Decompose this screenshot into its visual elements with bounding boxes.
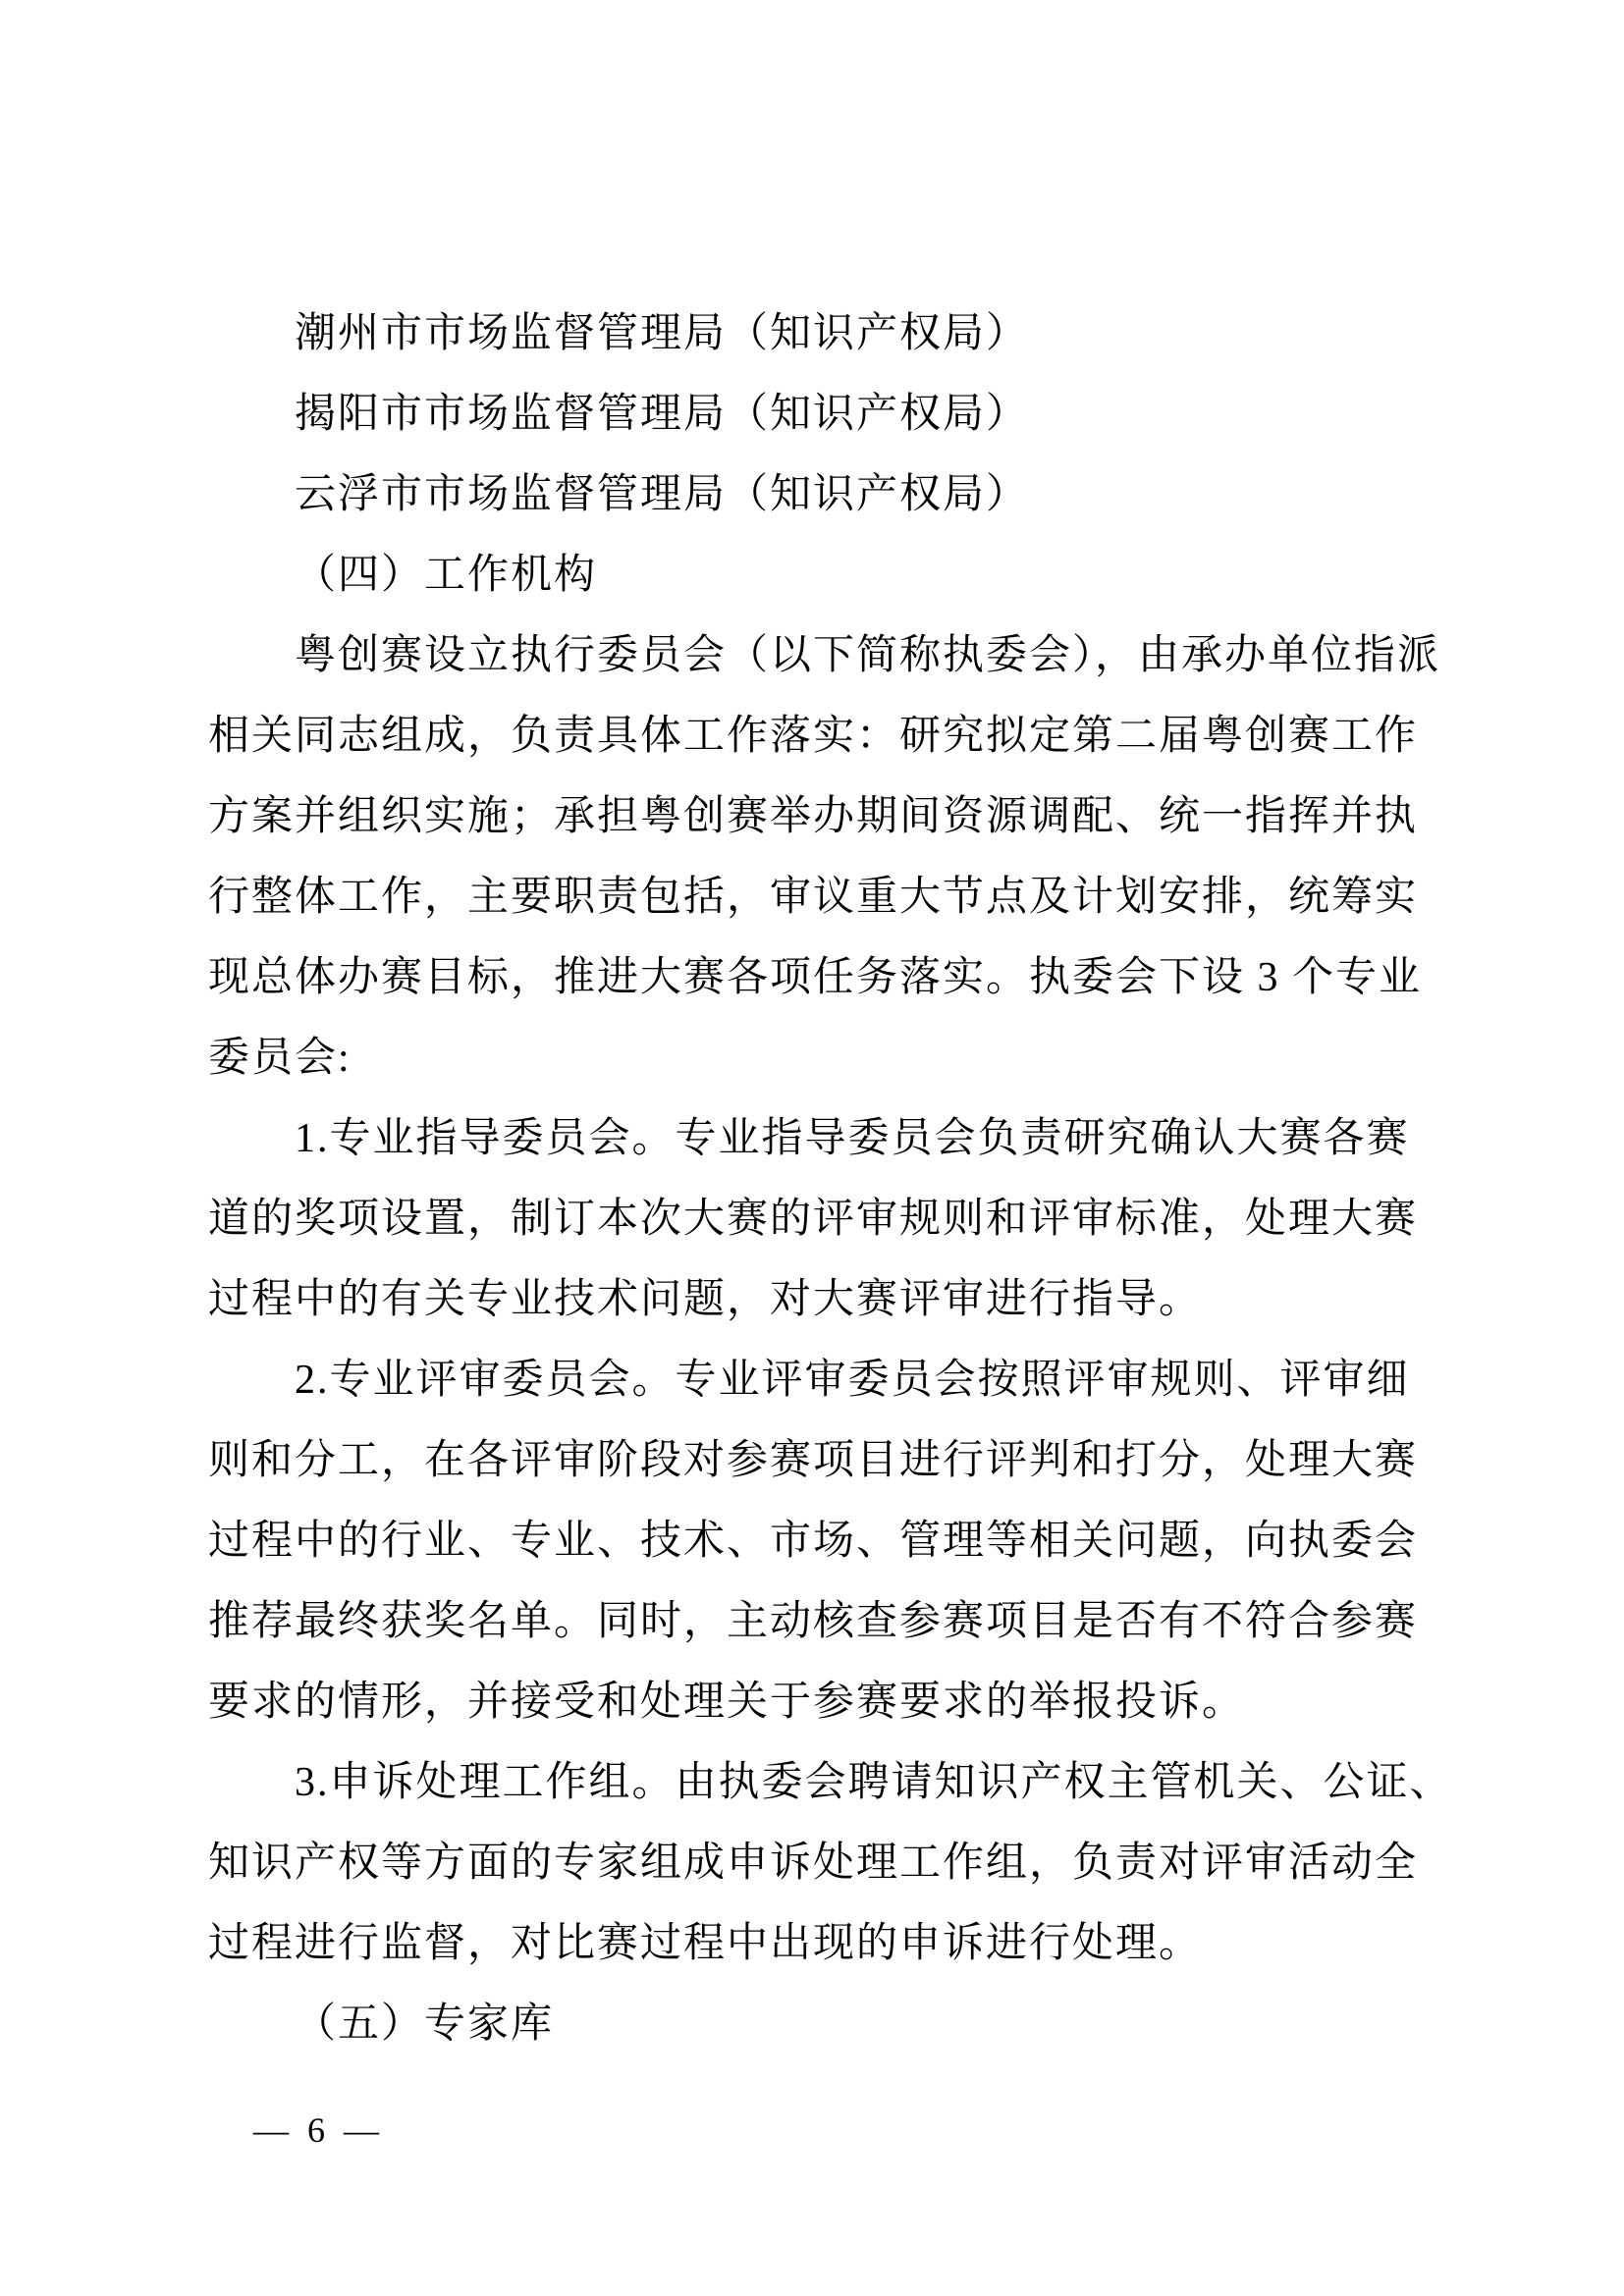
paragraph-line: 过程中的有关专业技术问题，对大赛评审进行指导。 bbox=[208, 1259, 1426, 1340]
paragraph-line: 3.申诉处理工作组。由执委会聘请知识产权主管机关、公证、 bbox=[208, 1742, 1426, 1823]
paragraph-line: 过程中的行业、专业、技术、市场、管理等相关问题，向执委会 bbox=[208, 1501, 1426, 1581]
document-body: 潮州市市场监督管理局（知识产权局） 揭阳市市场监督管理局（知识产权局） 云浮市市… bbox=[208, 294, 1426, 2064]
paragraph-line: 粤创赛设立执行委员会（以下简称执委会），由承办单位指派 bbox=[208, 615, 1426, 696]
paragraph-line: 过程进行监督，对比赛过程中出现的申诉进行处理。 bbox=[208, 1903, 1426, 1984]
document-page: 潮州市市场监督管理局（知识产权局） 揭阳市市场监督管理局（知识产权局） 云浮市市… bbox=[0, 0, 1624, 2296]
paragraph-line: 行整体工作，主要职责包括，审议重大节点及计划安排，统筹实 bbox=[208, 857, 1426, 937]
paragraph-line: 方案并组织实施；承担粤创赛举办期间资源调配、统一指挥并执 bbox=[208, 776, 1426, 857]
org-line: 揭阳市市场监督管理局（知识产权局） bbox=[208, 374, 1426, 454]
paragraph-line: 要求的情形，并接受和处理关于参赛要求的举报投诉。 bbox=[208, 1662, 1426, 1742]
org-line: 云浮市市场监督管理局（知识产权局） bbox=[208, 454, 1426, 535]
org-line: 潮州市市场监督管理局（知识产权局） bbox=[208, 294, 1426, 374]
paragraph-line: 2.专业评审委员会。专业评审委员会按照评审规则、评审细 bbox=[208, 1340, 1426, 1420]
paragraph-line: 知识产权等方面的专家组成申诉处理工作组，负责对评审活动全 bbox=[208, 1823, 1426, 1903]
paragraph-line: 则和分工，在各评审阶段对参赛项目进行评判和打分，处理大赛 bbox=[208, 1420, 1426, 1501]
paragraph-line: 相关同志组成，负责具体工作落实：研究拟定第二届粤创赛工作 bbox=[208, 696, 1426, 776]
paragraph-line: 道的奖项设置，制订本次大赛的评审规则和评审标准，处理大赛 bbox=[208, 1179, 1426, 1259]
section-heading: （五）专家库 bbox=[208, 1984, 1426, 2064]
paragraph-line: 1.专业指导委员会。专业指导委员会负责研究确认大赛各赛 bbox=[208, 1098, 1426, 1179]
paragraph-line: 委员会: bbox=[208, 1018, 1426, 1098]
paragraph-line: 推荐最终获奖名单。同时，主动核查参赛项目是否有不符合参赛 bbox=[208, 1581, 1426, 1662]
section-heading: （四）工作机构 bbox=[208, 535, 1426, 615]
page-number: — 6 — bbox=[253, 2107, 384, 2154]
paragraph-line: 现总体办赛目标，推进大赛各项任务落实。执委会下设 3 个专业 bbox=[208, 937, 1426, 1018]
